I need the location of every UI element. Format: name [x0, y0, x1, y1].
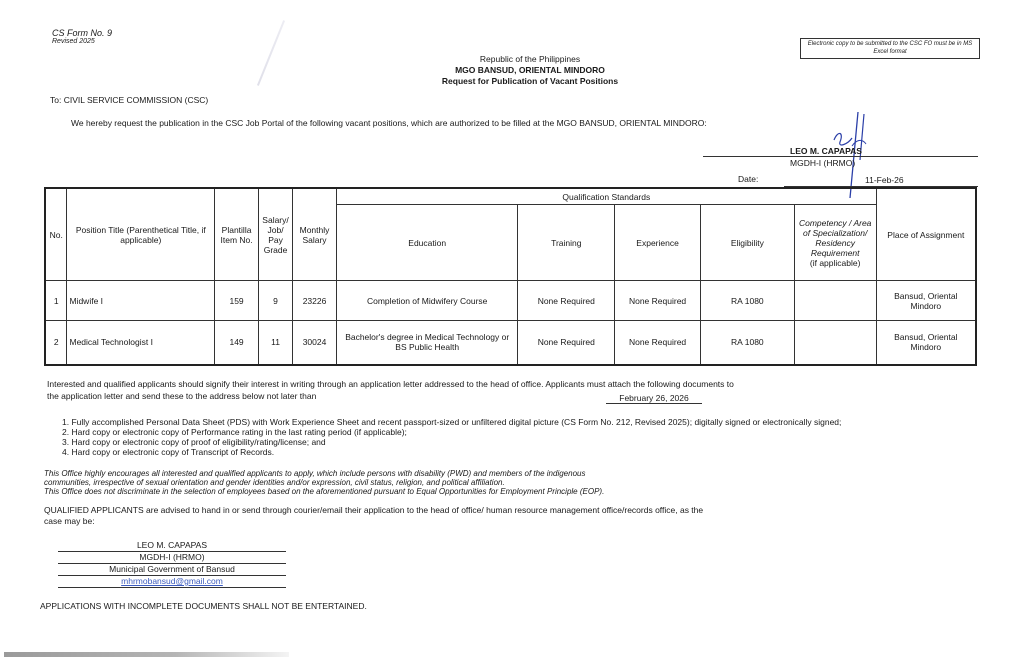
document-title: Request for Publication of Vacant Positi… — [380, 76, 680, 86]
document-header: Republic of the Philippines MGO BANSUD, … — [380, 54, 680, 86]
cell-salary-grade: 9 — [259, 281, 293, 321]
cell-place: Bansud, Oriental Mindoro — [876, 281, 976, 321]
col-header-place: Place of Assignment — [876, 188, 976, 281]
col-header-no: No. — [45, 188, 67, 281]
cell-monthly-salary: 30024 — [293, 321, 337, 365]
cell-competency — [794, 281, 876, 321]
cell-place: Bansud, Oriental Mindoro — [876, 321, 976, 365]
document-item: 4. Hard copy or electronic copy of Trans… — [62, 447, 841, 457]
col-header-training: Training — [518, 205, 615, 281]
cell-monthly-salary: 23226 — [293, 281, 337, 321]
table-row: 2 Medical Technologist I 149 11 30024 Ba… — [45, 321, 976, 365]
required-documents-list: 1. Fully accomplished Personal Data Shee… — [62, 417, 841, 457]
eop-line: communities, irrespective of sexual orie… — [44, 478, 724, 487]
col-header-education: Education — [336, 205, 517, 281]
agency-name: MGO BANSUD, ORIENTAL MINDORO — [380, 65, 680, 75]
document-item: 3. Hard copy or electronic copy of proof… — [62, 437, 841, 447]
request-date: 11-Feb-26 — [865, 175, 904, 185]
cell-plantilla: 149 — [215, 321, 259, 365]
contact-name: LEO M. CAPAPAS — [58, 540, 286, 552]
request-statement: We hereby request the publication in the… — [71, 118, 707, 128]
cell-education: Bachelor's degree in Medical Technology … — [336, 321, 517, 365]
form-number: CS Form No. 9 — [52, 28, 112, 38]
cell-education: Completion of Midwifery Course — [336, 281, 517, 321]
signatory-name: LEO M. CAPAPAS — [790, 146, 862, 156]
competency-label: Competency / Area of Specialization/ Res… — [799, 218, 871, 258]
cell-plantilla: 159 — [215, 281, 259, 321]
signatory-title: MGDH-I (HRMO) — [790, 158, 855, 168]
col-header-plantilla: Plantilla Item No. — [215, 188, 259, 281]
cell-eligibility: RA 1080 — [700, 321, 794, 365]
contact-block: LEO M. CAPAPAS MGDH-I (HRMO) Municipal G… — [58, 540, 286, 588]
col-header-monthly-salary: Monthly Salary — [293, 188, 337, 281]
col-header-position: Position Title (Parenthetical Title, if … — [67, 188, 215, 281]
closing-notice: APPLICATIONS WITH INCOMPLETE DOCUMENTS S… — [40, 601, 367, 611]
cell-experience: None Required — [615, 321, 701, 365]
addressee: To: CIVIL SERVICE COMMISSION (CSC) — [50, 95, 208, 105]
col-header-eligibility: Eligibility — [700, 205, 794, 281]
excel-format-note: Electronic copy to be submitted to the C… — [800, 38, 980, 59]
cell-competency — [794, 321, 876, 365]
cell-eligibility: RA 1080 — [700, 281, 794, 321]
equal-opportunity-statement: This Office highly encourages all intere… — [44, 469, 724, 496]
signature-line — [703, 156, 978, 157]
cell-training: None Required — [518, 281, 615, 321]
cell-salary-grade: 11 — [259, 321, 293, 365]
cell-experience: None Required — [615, 281, 701, 321]
table-header-row: No. Position Title (Parenthetical Title,… — [45, 188, 976, 205]
republic-label: Republic of the Philippines — [380, 54, 680, 64]
table-row: 1 Midwife I 159 9 23226 Completion of Mi… — [45, 281, 976, 321]
date-label: Date: — [738, 174, 758, 184]
cell-no: 2 — [45, 321, 67, 365]
contact-title: MGDH-I (HRMO) — [58, 552, 286, 564]
eop-line: This Office does not discriminate in the… — [44, 487, 724, 496]
contact-office: Municipal Government of Bansud — [58, 564, 286, 576]
scan-artifact — [257, 20, 285, 86]
document-item: 1. Fully accomplished Personal Data Shee… — [62, 417, 841, 427]
document-item: 2. Hard copy or electronic copy of Perfo… — [62, 427, 841, 437]
eop-line: This Office highly encourages all intere… — [44, 469, 724, 478]
cell-position: Midwife I — [67, 281, 215, 321]
col-header-experience: Experience — [615, 205, 701, 281]
col-header-salary-grade: Salary/ Job/ Pay Grade — [259, 188, 293, 281]
submission-instructions: QUALIFIED APPLICANTS are advised to hand… — [44, 505, 714, 527]
cell-training: None Required — [518, 321, 615, 365]
cell-no: 1 — [45, 281, 67, 321]
application-deadline: February 26, 2026 — [606, 393, 702, 404]
contact-email-link[interactable]: mhrmobansud@gmail.com — [58, 576, 286, 588]
competency-note: (if applicable) — [810, 258, 861, 268]
col-header-qualification-standards: Qualification Standards — [336, 188, 876, 205]
scan-edge-artifact — [4, 652, 289, 657]
cell-position: Medical Technologist I — [67, 321, 215, 365]
form-revision: Revised 2025 — [52, 38, 95, 45]
vacant-positions-table: No. Position Title (Parenthetical Title,… — [44, 187, 977, 366]
col-header-competency: Competency / Area of Specialization/ Res… — [794, 205, 876, 281]
